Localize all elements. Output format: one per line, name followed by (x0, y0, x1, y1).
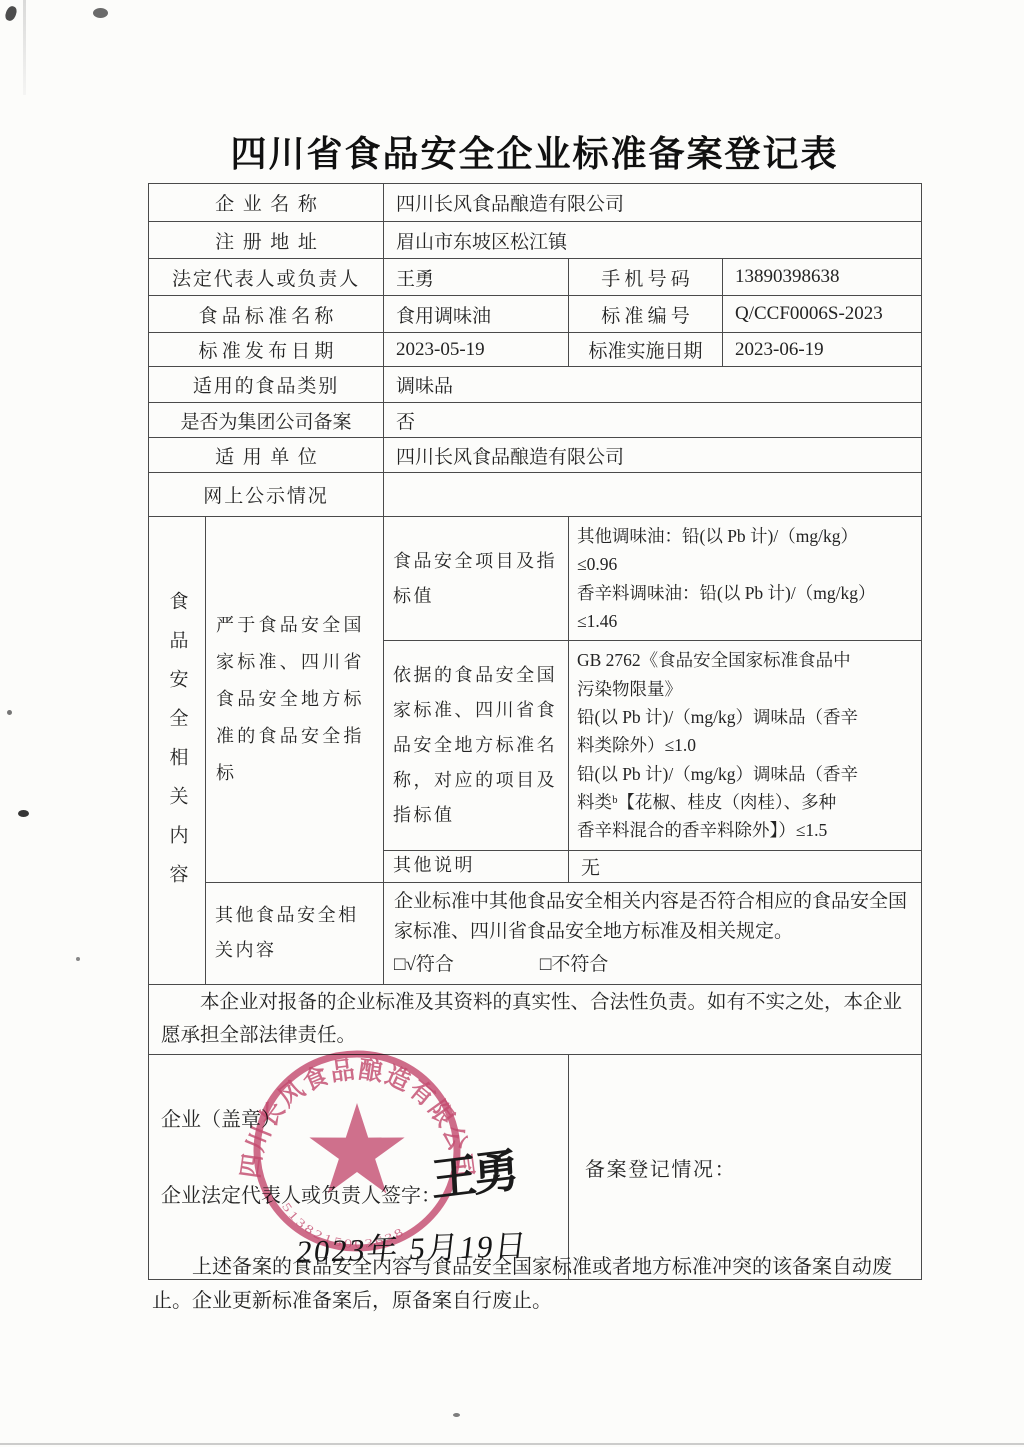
ink-speck (76, 957, 80, 961)
table-row: 适用单位 四川长风食品酿造有限公司 (149, 438, 922, 473)
other-content-text: 企业标准中其他食品安全相关内容是否符合相应的食品安全国家标准、四川省食品安全地方… (394, 887, 911, 948)
section-side-label-cell: 食品安全相关内容 (149, 517, 206, 985)
table-row: 是否为集团公司备案 否 (149, 403, 922, 438)
table-row: 企业名称 四川长风食品酿造有限公司 (149, 184, 922, 222)
field-value-online-publicity (384, 473, 922, 517)
footer-note: 上述备案的食品安全内容与食品安全国家标准或者地方标准冲突的该备案自动废止。企业更… (152, 1250, 908, 1318)
table-row: 法定代表人或负责人 王勇 手机号码 13890398638 (149, 259, 922, 296)
other-note-value: 无 (569, 850, 922, 882)
field-label-online-publicity: 网上公示情况 (149, 473, 384, 517)
stamp-cell: 企业（盖章） 企业法定代表人或负责人签字： 四川长风食品酿造有限公司 51382… (149, 1055, 569, 1280)
form-table: 企业名称 四川长风食品酿造有限公司 注册地址 眉山市东坡区松江镇 法定代表人或负… (148, 183, 922, 1280)
declaration-cell: 本企业对报备的企业标准及其资料的真实性、合法性负责。如有不实之处，本企业愿承担全… (149, 984, 922, 1055)
ink-mark (93, 8, 108, 18)
field-value-standard-no: Q/CCF0006S-2023 (723, 296, 922, 333)
table-row: 企业（盖章） 企业法定代表人或负责人签字： 四川长风食品酿造有限公司 51382… (149, 1055, 922, 1280)
items-label: 食品安全项目及指标值 (384, 517, 569, 641)
scan-edge-line (0, 1443, 1024, 1445)
ink-speck (7, 710, 12, 715)
field-label-registered-address: 注册地址 (149, 222, 384, 259)
checkbox-nonconform: □不符合 (540, 950, 608, 980)
table-row: 食品标准名称 食用调味油 标准编号 Q/CCF0006S-2023 (149, 296, 922, 333)
table-row: 本企业对报备的企业标准及其资料的真实性、合法性负责。如有不实之处，本企业愿承担全… (149, 984, 922, 1055)
other-content-label: 其他食品安全相关内容 (206, 882, 384, 984)
field-label-standard-no: 标准编号 (569, 296, 723, 333)
field-value-mobile: 13890398638 (723, 259, 922, 296)
items-value: 其他调味油：铅(以 Pb 计)/（mg/kg） ≤0.96 香辛料调味油：铅(以… (569, 517, 922, 641)
other-content-cell: 企业标准中其他食品安全相关内容是否符合相应的食品安全国家标准、四川省食品安全地方… (384, 882, 922, 984)
company-seal-label: 企业（盖章） (161, 1103, 281, 1132)
field-value-group-filing: 否 (384, 403, 922, 438)
conformity-checkline: □√符合 □不符合 (394, 950, 911, 980)
field-label-company-name: 企业名称 (149, 184, 384, 222)
field-label-implement-date: 标准实施日期 (569, 333, 723, 367)
field-value-company-name: 四川长风食品酿造有限公司 (384, 184, 922, 222)
scan-streak (23, 0, 26, 95)
field-value-applicable-unit: 四川长风食品酿造有限公司 (384, 438, 922, 473)
field-label-food-category: 适用的食品类别 (149, 367, 384, 403)
field-label-standard-name: 食品标准名称 (149, 296, 384, 333)
seal-ring (257, 1054, 457, 1248)
field-value-implement-date: 2023-06-19 (723, 333, 922, 367)
field-value-registered-address: 眉山市东坡区松江镇 (384, 222, 922, 259)
field-value-standard-name: 食用调味油 (384, 296, 569, 333)
field-label-legal-rep: 法定代表人或负责人 (149, 259, 384, 296)
basis-value: GB 2762《食品安全国家标准食品中 污染物限量》 铅(以 Pb 计)/（mg… (569, 641, 922, 850)
checkbox-conform: □√符合 (394, 950, 454, 980)
other-note-label: 其他说明 (384, 850, 569, 882)
declaration-text: 本企业对报备的企业标准及其资料的真实性、合法性负责。如有不实之处，本企业愿承担全… (161, 987, 909, 1053)
field-label-publish-date: 标准发布日期 (149, 333, 384, 367)
field-value-legal-rep: 王勇 (384, 259, 569, 296)
field-label-mobile: 手机号码 (569, 259, 723, 296)
legal-rep-signature: 王勇 (430, 1134, 517, 1210)
ink-mark (4, 5, 19, 23)
section-side-label: 食品安全相关内容 (164, 591, 191, 903)
filing-status-label: 备案登记情况： (569, 1055, 922, 1280)
table-row: 标准发布日期 2023-05-19 标准实施日期 2023-06-19 (149, 333, 922, 367)
page-title: 四川省食品安全企业标准备案登记表 (148, 126, 921, 177)
ink-speck (453, 1413, 460, 1417)
table-row: 适用的食品类别 调味品 (149, 367, 922, 403)
table-row: 食品安全相关内容 严于食品安全国家标准、四川省食品安全地方标准的食品安全指标 食… (149, 517, 922, 641)
field-value-publish-date: 2023-05-19 (384, 333, 569, 367)
table-row: 网上公示情况 (149, 473, 922, 517)
table-row: 注册地址 眉山市东坡区松江镇 (149, 222, 922, 259)
ink-speck (18, 810, 29, 817)
signature-label: 企业法定代表人或负责人签字： (161, 1179, 441, 1208)
table-row: 其他食品安全相关内容 企业标准中其他食品安全相关内容是否符合相应的食品安全国家标… (149, 882, 922, 984)
stricter-indicator-label: 严于食品安全国家标准、四川省食品安全地方标准的食品安全指标 (206, 517, 384, 883)
basis-label: 依据的食品安全国家标准、四川省食品安全地方标准名称，对应的项目及指标值 (384, 641, 569, 850)
field-value-food-category: 调味品 (384, 367, 922, 403)
field-label-group-filing: 是否为集团公司备案 (149, 403, 384, 438)
field-label-applicable-unit: 适用单位 (149, 438, 384, 473)
